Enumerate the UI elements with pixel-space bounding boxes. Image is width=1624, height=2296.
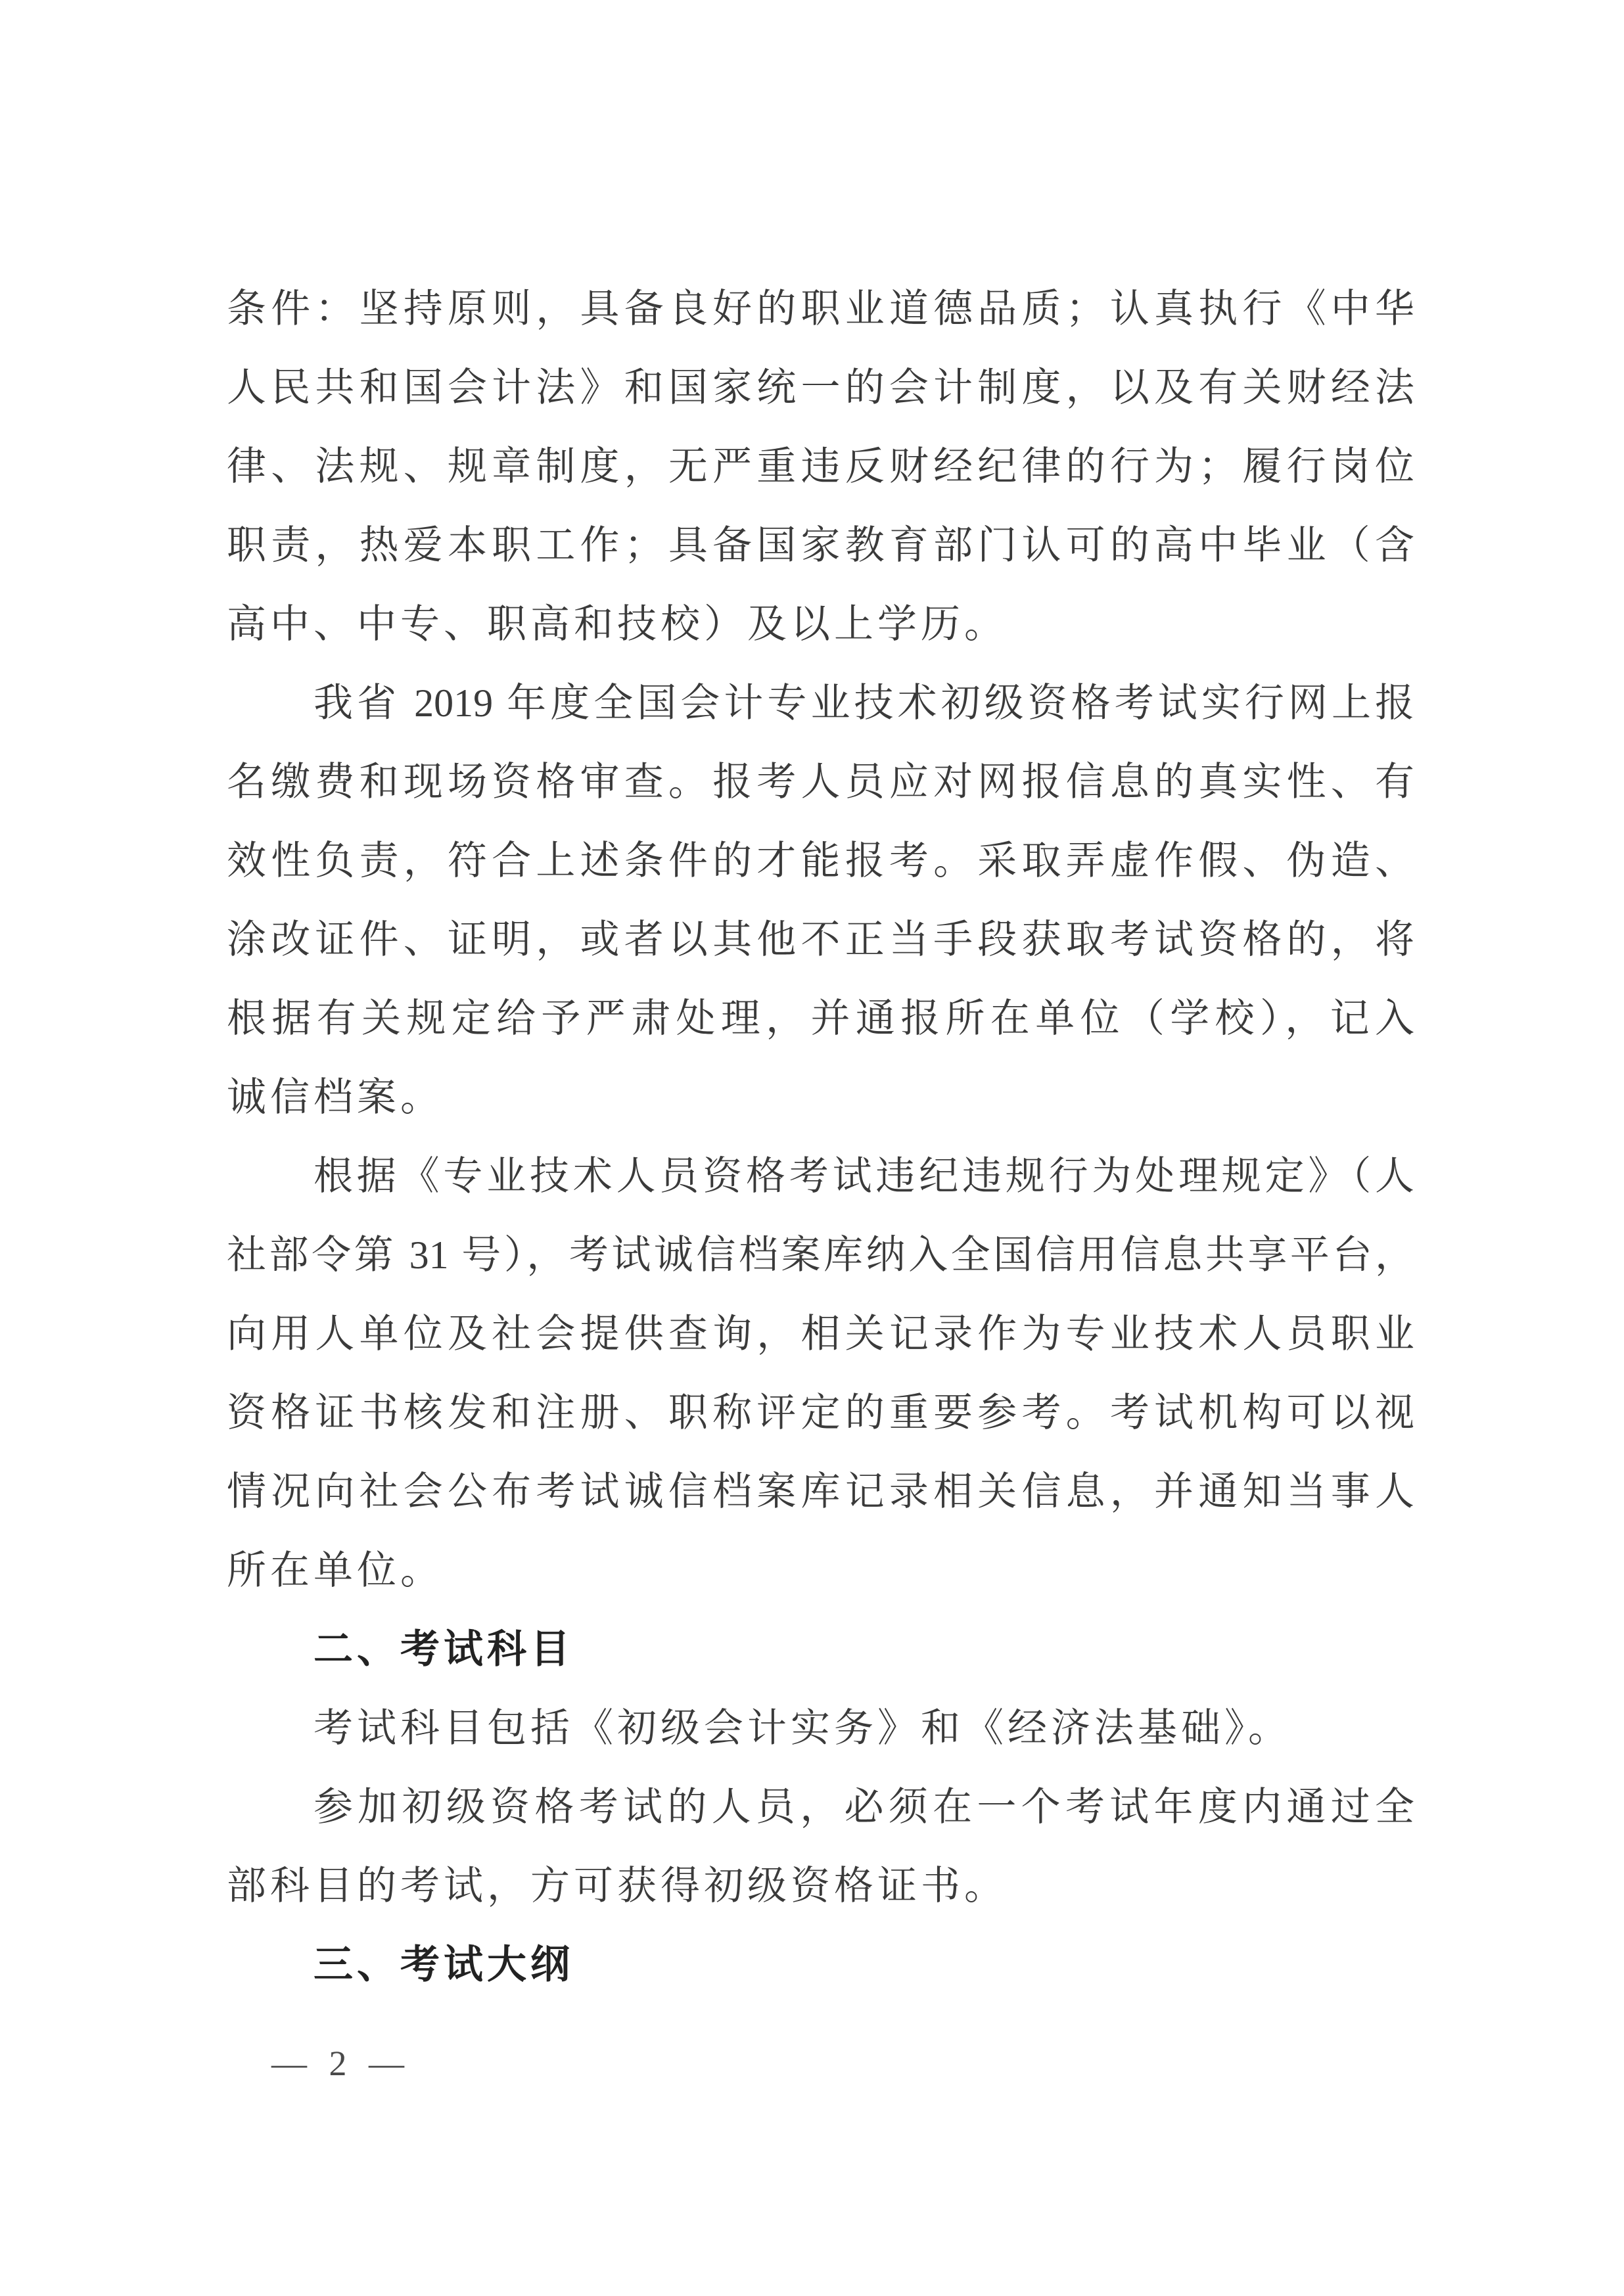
heading-line: 二、考试科目 bbox=[227, 1610, 1414, 1689]
text-line: 高中、中专、职高和技校）及以上学历。 bbox=[227, 585, 1414, 664]
document-body: 条件：坚持原则，具备良好的职业道德品质；认真执行《中华人民共和国会计法》和国家统… bbox=[227, 269, 1414, 2004]
paragraph: 根据《专业技术人员资格考试违纪违规行为处理规定》（人社部令第 31 号），考试诚… bbox=[227, 1137, 1414, 1610]
text-line: 律、法规、规章制度，无严重违反财经纪律的行为；履行岗位 bbox=[227, 427, 1414, 506]
text-line: 部科目的考试，方可获得初级资格证书。 bbox=[227, 1847, 1414, 1925]
heading-line: 三、考试大纲 bbox=[227, 1925, 1414, 2004]
section-heading: 二、考试科目 bbox=[227, 1610, 1414, 1689]
page-number: — 2 — bbox=[271, 2042, 411, 2084]
text-line: 向用人单位及社会提供查询，相关记录作为专业技术人员职业 bbox=[227, 1295, 1414, 1373]
text-line: 效性负责，符合上述条件的才能报考。采取弄虚作假、伪造、 bbox=[227, 821, 1414, 900]
text-line: 条件：坚持原则，具备良好的职业道德品质；认真执行《中华 bbox=[227, 269, 1414, 348]
document-page: 条件：坚持原则，具备良好的职业道德品质；认真执行《中华人民共和国会计法》和国家统… bbox=[0, 0, 1624, 2296]
text-line: 参加初级资格考试的人员，必须在一个考试年度内通过全 bbox=[227, 1768, 1414, 1847]
text-line: 根据《专业技术人员资格考试违纪违规行为处理规定》（人 bbox=[227, 1137, 1414, 1216]
text-line: 名缴费和现场资格审查。报考人员应对网报信息的真实性、有 bbox=[227, 743, 1414, 821]
text-line: 资格证书核发和注册、职称评定的重要参考。考试机构可以视 bbox=[227, 1373, 1414, 1452]
paragraph: 条件：坚持原则，具备良好的职业道德品质；认真执行《中华人民共和国会计法》和国家统… bbox=[227, 269, 1414, 664]
section-heading: 三、考试大纲 bbox=[227, 1925, 1414, 2004]
text-line: 根据有关规定给予严肃处理，并通报所在单位（学校），记入 bbox=[227, 979, 1414, 1058]
text-line: 诚信档案。 bbox=[227, 1058, 1414, 1137]
text-line: 考试科目包括《初级会计实务》和《经济法基础》。 bbox=[227, 1689, 1414, 1768]
text-line: 所在单位。 bbox=[227, 1531, 1414, 1610]
text-line: 我省 2019 年度全国会计专业技术初级资格考试实行网上报 bbox=[227, 664, 1414, 743]
text-line: 涂改证件、证明，或者以其他不正当手段获取考试资格的，将 bbox=[227, 900, 1414, 979]
text-line: 人民共和国会计法》和国家统一的会计制度，以及有关财经法 bbox=[227, 348, 1414, 427]
text-line: 职责，热爱本职工作；具备国家教育部门认可的高中毕业（含 bbox=[227, 506, 1414, 585]
paragraph: 参加初级资格考试的人员，必须在一个考试年度内通过全部科目的考试，方可获得初级资格… bbox=[227, 1768, 1414, 1925]
paragraph: 我省 2019 年度全国会计专业技术初级资格考试实行网上报名缴费和现场资格审查。… bbox=[227, 664, 1414, 1137]
text-line: 社部令第 31 号），考试诚信档案库纳入全国信用信息共享平台， bbox=[227, 1216, 1414, 1295]
text-line: 情况向社会公布考试诚信档案库记录相关信息，并通知当事人 bbox=[227, 1452, 1414, 1531]
paragraph: 考试科目包括《初级会计实务》和《经济法基础》。 bbox=[227, 1689, 1414, 1768]
